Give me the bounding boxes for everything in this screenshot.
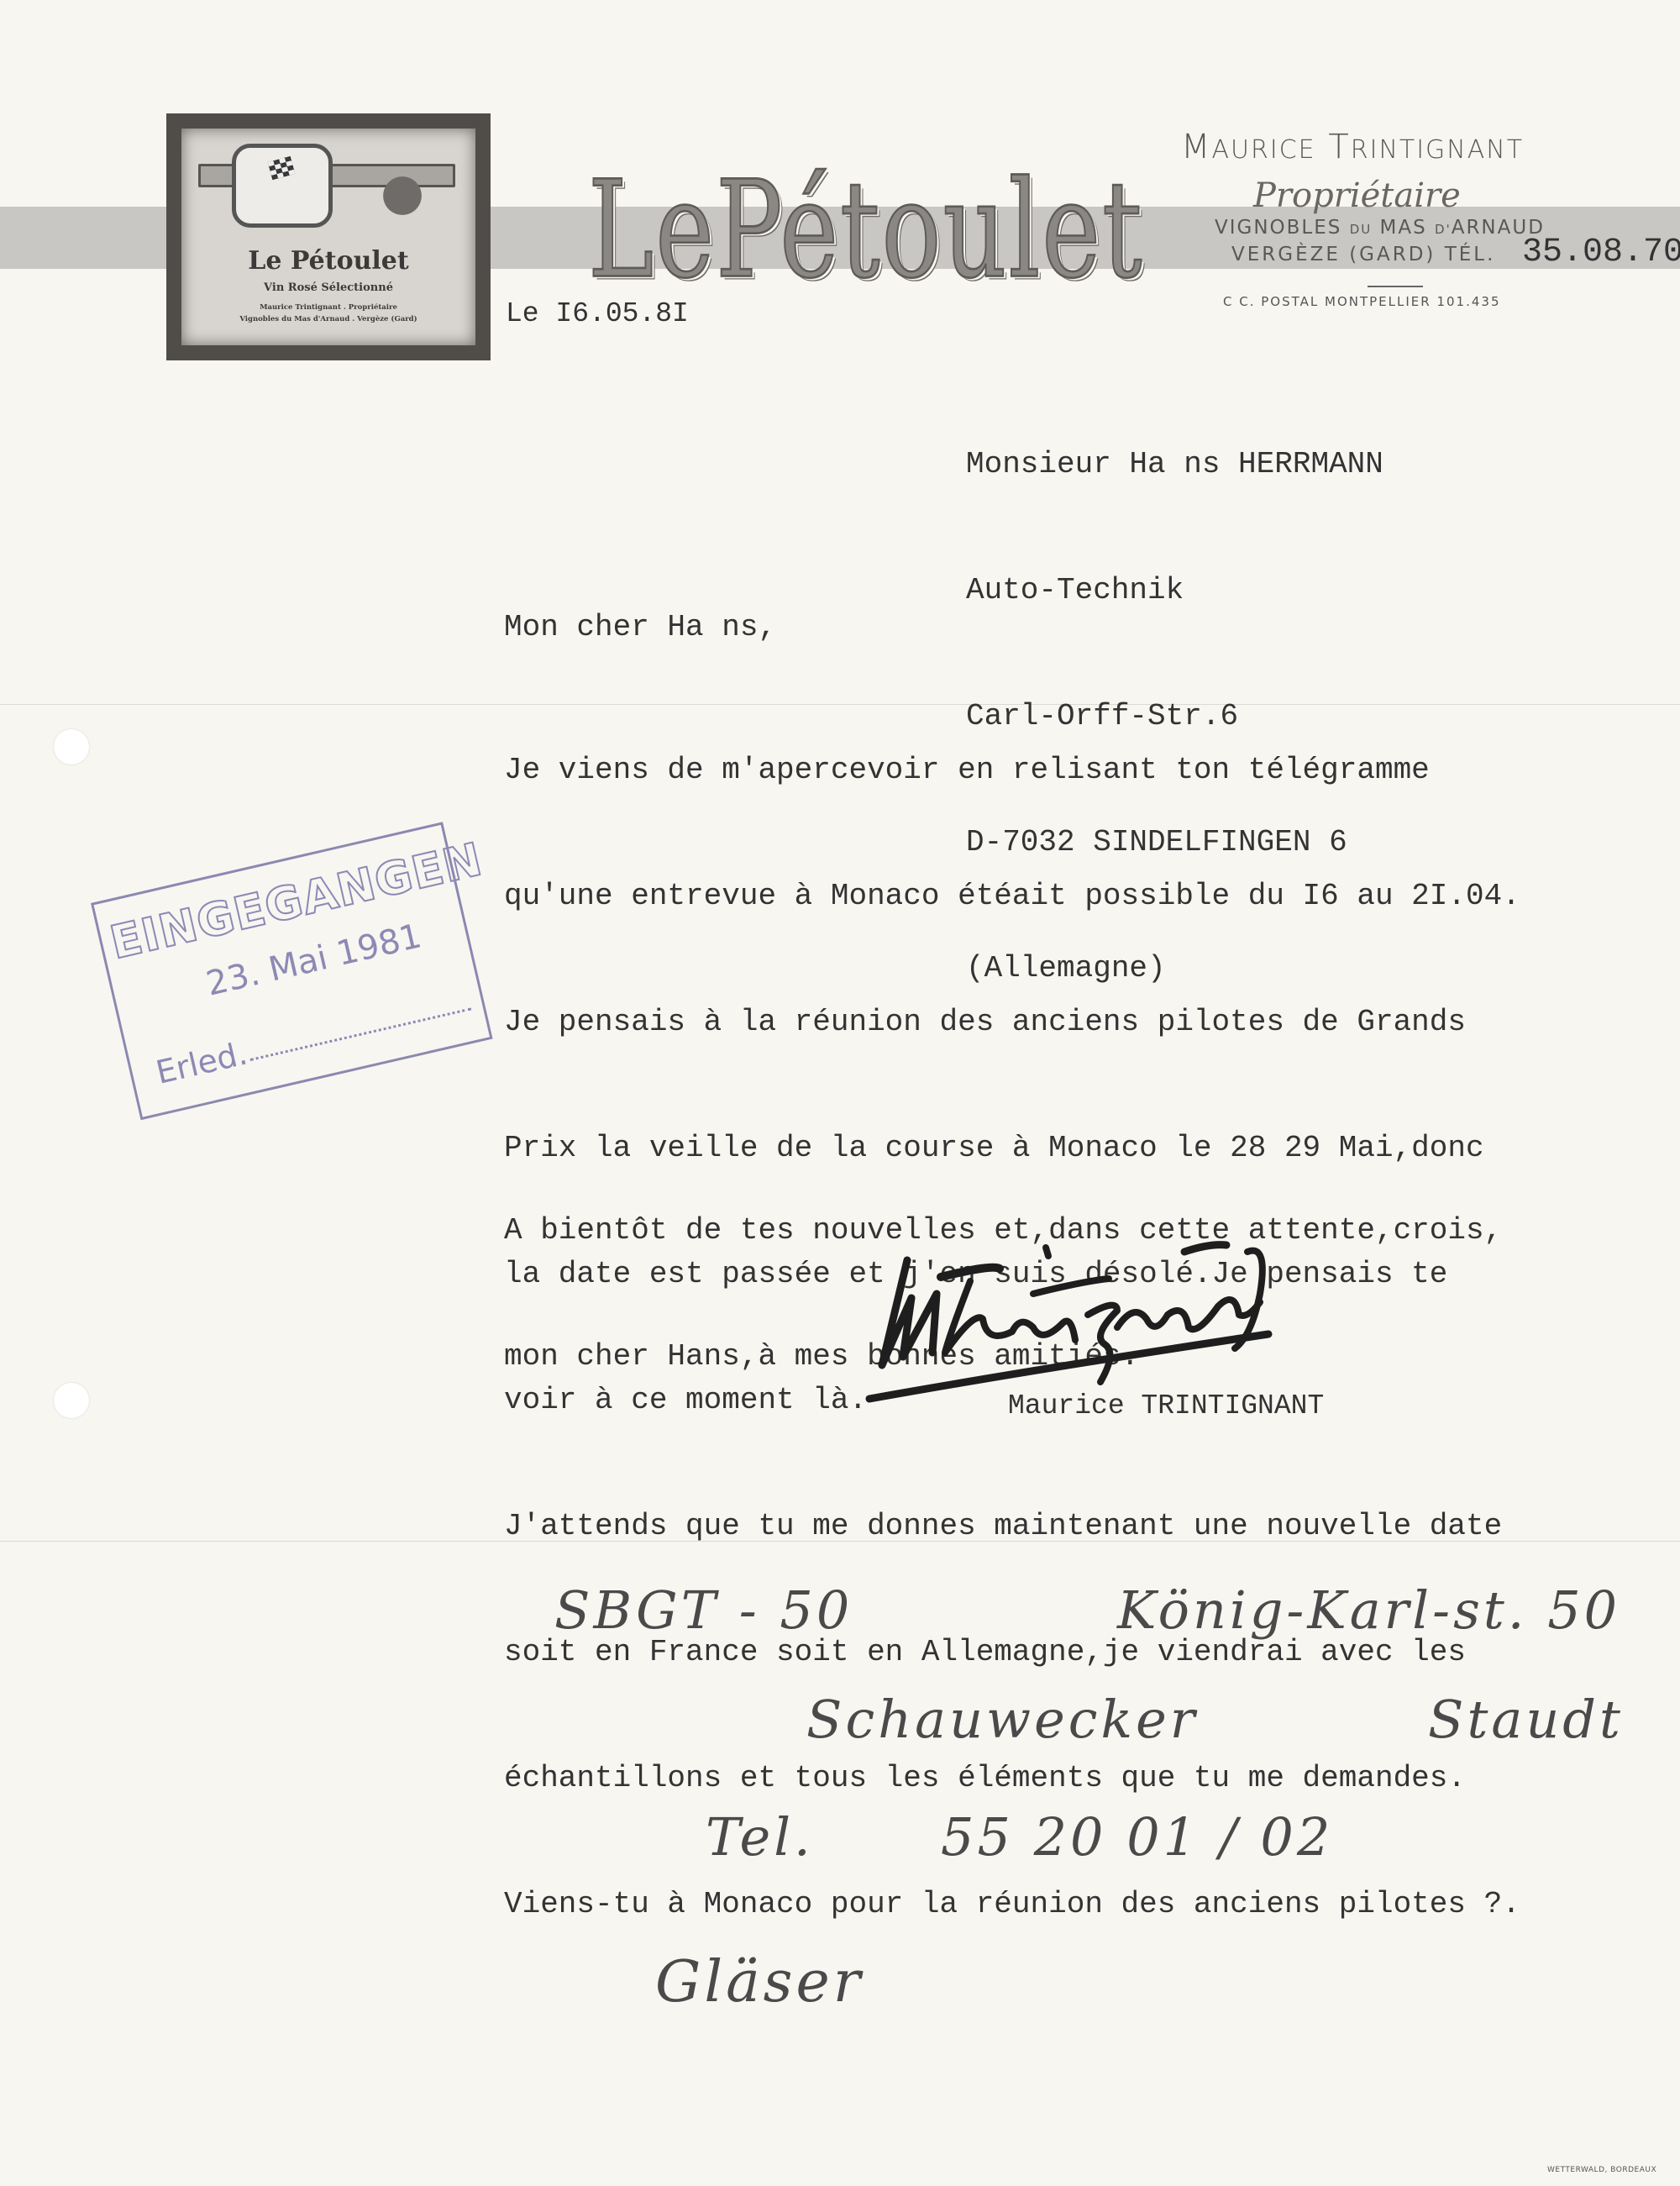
label-subtitle: Vin Rosé Sélectionné (181, 281, 475, 294)
address-line: Auto-Technik (966, 570, 1383, 612)
stamp-dotted-line (249, 1007, 471, 1061)
signatory-name: Maurice TRINTIGNANT (1008, 1390, 1324, 1421)
brand-wordmark: LePétoulet (588, 151, 1144, 307)
label-line-1: Maurice Trintignant . Propriétaire (181, 303, 475, 312)
body-line: J'attends que tu me donnes maintenant un… (504, 1506, 1520, 1548)
handwritten-note: Tel. (706, 1806, 814, 1868)
handwritten-note: Staudt (1428, 1689, 1624, 1750)
body-line: échantillons et tous les éléments que tu… (504, 1758, 1520, 1800)
owner-first-rest: AURICE (1212, 135, 1316, 165)
vineyard-word: DU (1350, 222, 1373, 237)
address-line: Monsieur Ha ns HERRMANN (966, 444, 1383, 486)
body-line: Je pensais à la réunion des anciens pilo… (504, 1001, 1520, 1043)
label-title: Le Pétoulet (181, 246, 475, 276)
vineyard-word: VIGNOBLES (1215, 217, 1341, 239)
owner-first-initial: M (1181, 128, 1212, 166)
wine-label-logo: Le Pétoulet Vin Rosé Sélectionné Maurice… (166, 113, 491, 360)
punch-hole (54, 729, 89, 765)
letter-date: Le I6.05.8I (506, 298, 689, 329)
vineyard-line: VIGNOBLES DU MAS D'ARNAUD (1215, 217, 1545, 239)
label-line-2: Vignobles du Mas d'Arnaud . Vergèze (Gar… (181, 315, 475, 323)
salutation: Mon cher Ha ns, (504, 607, 776, 649)
label-cartouche-ornament (232, 144, 333, 228)
phone-number: 35.08.70 (1522, 234, 1680, 271)
printer-mark: WETTERWALD, BORDEAUX (1547, 2166, 1656, 2174)
vine-tree-icon (373, 176, 432, 226)
body-line: Je viens de m'apercevoir en relisant ton… (504, 749, 1520, 791)
handwritten-note: Gläser (655, 1949, 864, 2015)
owner-name: MAURICE TRINTIGNANT (1181, 128, 1524, 166)
handwritten-signature (865, 1235, 1470, 1403)
punch-hole (54, 1383, 89, 1418)
body-line: Viens-tu à Monaco pour la réunion des an… (504, 1884, 1520, 1926)
vineyard-word: MAS (1380, 217, 1427, 239)
owner-last-initial: T (1328, 128, 1350, 166)
body-line: qu'une entrevue à Monaco étéait possible… (504, 875, 1520, 917)
handwritten-note: Schauwecker (806, 1689, 1198, 1750)
header-divider (1368, 286, 1423, 287)
town-line: VERGÈZE (GARD) TÉL. (1231, 244, 1495, 265)
proprietaire-title: Propriétaire (1253, 176, 1461, 215)
postal-account: C C. POSTAL MONTPELLIER 101.435 (1223, 294, 1501, 309)
stamp-erled: Erled. (153, 1034, 251, 1091)
handwritten-note: SBGT - 50 (554, 1579, 853, 1641)
handwritten-phone: 55 20 01 / 02 (941, 1806, 1333, 1868)
owner-last-rest: RINTIGNANT (1351, 135, 1524, 165)
handwritten-note: König-Karl-st. 50 (1117, 1579, 1620, 1641)
vineyard-word: D' (1435, 222, 1452, 237)
received-stamp: EINGEGANGEN 23. Mai 1981 Erled. (91, 822, 493, 1120)
